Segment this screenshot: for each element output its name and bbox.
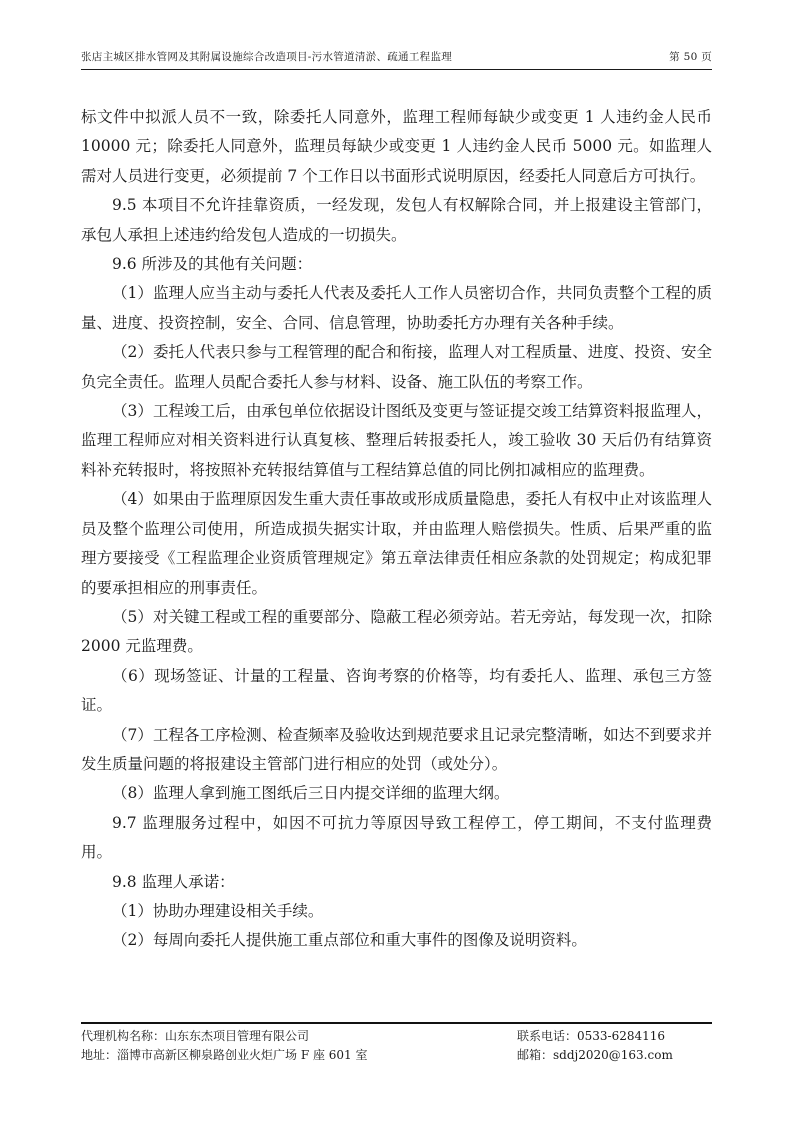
paragraph-promise-1: （1）协助办理建设相关手续。 xyxy=(81,897,712,926)
paragraph-item-4: （4）如果由于监理原因发生重大责任事故或形成质量隐患，委托人有权中止对该监理人员… xyxy=(81,485,712,603)
document-body: 标文件中拟派人员不一致，除委托人同意外，监理工程师每缺少或变更 1 人违约金人民… xyxy=(81,103,712,956)
footer-address: 地址：淄博市高新区柳泉路创业火炬广场 F 座 601 室 xyxy=(81,1046,517,1065)
document-page: 张店主城区排水管网及其附属设施综合改造项目-污水管道清淤、疏通工程监理 第 50… xyxy=(0,0,793,1122)
paragraph-item-6: （6）现场签证、计量的工程量、咨询考察的价格等，均有委托人、监理、承包三方签证。 xyxy=(81,662,712,721)
paragraph-item-1: （1）监理人应当主动与委托人代表及委托人工作人员密切合作，共同负责整个工程的质量… xyxy=(81,279,712,338)
footer-row-1: 代理机构名称：山东东杰项目管理有限公司 联系电话：0533-6284116 xyxy=(81,1027,712,1046)
page-footer: 代理机构名称：山东东杰项目管理有限公司 联系电话：0533-6284116 地址… xyxy=(81,1022,712,1065)
paragraph-9-6: 9.6 所涉及的其他有关问题： xyxy=(81,250,712,279)
header-page-number: 第 50 页 xyxy=(669,49,712,64)
paragraph-item-3: （3）工程竣工后，由承包单位依据设计图纸及变更与签证提交竣工结算资料报监理人，监… xyxy=(81,397,712,485)
footer-agency-name: 代理机构名称：山东东杰项目管理有限公司 xyxy=(81,1027,517,1046)
paragraph-item-2: （2）委托人代表只参与工程管理的配合和衔接，监理人对工程质量、进度、投资、安全负… xyxy=(81,338,712,397)
paragraph-9-7: 9.7 监理服务过程中，如因不可抗力等原因导致工程停工，停工期间，不支付监理费用… xyxy=(81,809,712,868)
paragraph-item-5: （5）对关键工程或工程的重要部分、隐蔽工程必须旁站。若无旁站，每发现一次，扣除 … xyxy=(81,603,712,662)
paragraph-9-8: 9.8 监理人承诺： xyxy=(81,868,712,897)
paragraph-item-8: （8）监理人拿到施工图纸后三日内提交详细的监理大纲。 xyxy=(81,779,712,808)
footer-row-2: 地址：淄博市高新区柳泉路创业火炬广场 F 座 601 室 邮箱：sddj2020… xyxy=(81,1046,712,1065)
paragraph-promise-2: （2）每周向委托人提供施工重点部位和重大事件的图像及说明资料。 xyxy=(81,926,712,955)
paragraph-continuation: 标文件中拟派人员不一致，除委托人同意外，监理工程师每缺少或变更 1 人违约金人民… xyxy=(81,103,712,191)
page-header: 张店主城区排水管网及其附属设施综合改造项目-污水管道清淤、疏通工程监理 第 50… xyxy=(81,49,712,70)
footer-phone: 联系电话：0533-6284116 xyxy=(517,1027,712,1046)
header-title: 张店主城区排水管网及其附属设施综合改造项目-污水管道清淤、疏通工程监理 xyxy=(81,49,452,64)
paragraph-9-5: 9.5 本项目不允许挂靠资质，一经发现，发包人有权解除合同，并上报建设主管部门，… xyxy=(81,191,712,250)
paragraph-item-7: （7）工程各工序检测、检查频率及验收达到规范要求且记录完整清晰，如达不到要求并发… xyxy=(81,721,712,780)
footer-email: 邮箱：sddj2020@163.com xyxy=(517,1046,712,1065)
